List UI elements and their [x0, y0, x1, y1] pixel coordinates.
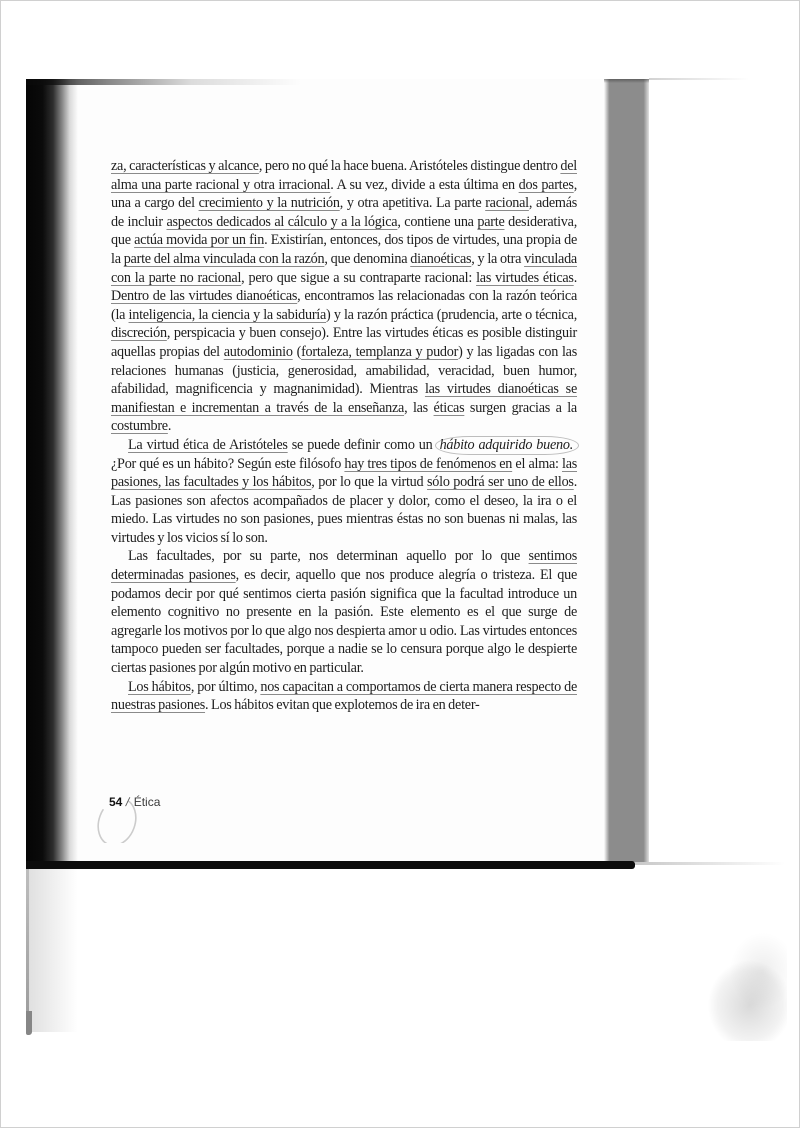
- underlined-phrase: fortaleza, templanza y pudor: [301, 344, 458, 360]
- page-number: 54: [109, 795, 122, 809]
- text-run: , por último,: [191, 679, 261, 695]
- underlined-phrase: actúa movida por un fin: [134, 232, 264, 248]
- scanner-smudge: [689, 913, 787, 1041]
- text-column: za, características y alcance, pero no q…: [111, 157, 577, 715]
- underlined-phrase: éticas: [434, 400, 465, 416]
- underlined-phrase: Los hábitos: [128, 679, 191, 695]
- page-bottom-edge-faint: [635, 862, 785, 865]
- text-run: .: [574, 270, 577, 286]
- book-spine-shadow: [26, 79, 78, 862]
- page-top-edge-shadow: [26, 79, 301, 85]
- underlined-phrase: Dentro de las virtudes dianoéticas: [111, 288, 297, 304]
- text-run: , contiene una: [397, 214, 477, 230]
- underpage-left-shadow: [26, 869, 78, 1032]
- text-run: , por lo que la virtud: [311, 474, 427, 490]
- book-page: za, características y alcance, pero no q…: [26, 79, 649, 862]
- underlined-phrase: inteligencia, la ciencia y la sabiduría: [129, 307, 327, 323]
- underlined-phrase: La virtud ética de Aristóteles: [128, 437, 288, 453]
- text-run: . A su vez, divide a esta última en: [330, 177, 518, 193]
- text-run: , es decir, aquello que nos produce aleg…: [111, 567, 577, 676]
- underlined-phrase: autodominio: [224, 344, 293, 360]
- page-bottom-edge: [26, 861, 635, 869]
- underpage-left-edge: [26, 869, 29, 1032]
- text-run: , pero no qué la hace buena. Aristóteles…: [259, 158, 561, 174]
- underlined-phrase: costumbre: [111, 418, 168, 434]
- text-run: el alma:: [512, 456, 562, 472]
- underlined-phrase: dos partes: [519, 177, 574, 193]
- underlined-phrase: sólo podrá ser uno de ellos: [427, 474, 574, 490]
- text-run: surgen gracias a la: [464, 400, 577, 416]
- text-run: .: [168, 418, 171, 434]
- text-run: ¿Por qué es un hábito? Según este filóso…: [111, 456, 344, 472]
- page-top-edge-faint: [649, 78, 749, 80]
- underlined-phrase: crecimiento y la nutrición: [199, 195, 340, 211]
- page-right-edge: [604, 79, 649, 862]
- underlined-phrase: aspectos dedicados al cálculo y a la lóg…: [166, 214, 397, 230]
- scan-canvas: za, características y alcance, pero no q…: [0, 0, 800, 1128]
- text-run: , las: [404, 400, 433, 416]
- underlined-phrase: hay tres tipos de fenómenos en: [344, 456, 512, 472]
- paragraph: La virtud ética de Aristóteles se puede …: [111, 436, 577, 548]
- underlined-phrase: za, características y alcance: [111, 158, 259, 174]
- text-run: ) y la razón práctica (prudencia, arte o…: [326, 307, 577, 323]
- annotated-phrase: hábito adquirido bueno.: [435, 436, 579, 455]
- page-footer: 54 / Ética: [109, 795, 160, 809]
- text-run: . Los hábitos evitan que explotemos de i…: [205, 697, 479, 713]
- text-run: , y otra apetitiva. La parte: [340, 195, 485, 211]
- underlined-phrase: las virtudes éticas: [476, 270, 574, 286]
- text-run: se puede definir como un: [288, 437, 437, 453]
- underpage-edge-notch: [26, 1011, 32, 1035]
- underlined-phrase: dianoéticas: [410, 251, 471, 267]
- underlined-phrase: racional: [485, 195, 529, 211]
- paragraph: Las facultades, por su parte, nos determ…: [111, 547, 577, 677]
- paragraph: Los hábitos, por último, nos capacitan a…: [111, 678, 577, 715]
- book-title: Ética: [134, 795, 161, 809]
- underlined-phrase: discreción: [111, 325, 167, 341]
- footer-separator: /: [125, 795, 131, 809]
- text-run: (: [293, 344, 301, 360]
- underlined-phrase: parte: [477, 214, 504, 230]
- underlined-phrase: parte del alma vinculada con la razón: [124, 251, 325, 267]
- text-run: Las facultades, por su parte, nos determ…: [128, 548, 529, 564]
- paragraph: za, características y alcance, pero no q…: [111, 157, 577, 436]
- text-run: , pero que sigue a su contraparte racion…: [241, 270, 476, 286]
- text-run: , que denomina: [324, 251, 410, 267]
- text-run: , y la otra: [471, 251, 524, 267]
